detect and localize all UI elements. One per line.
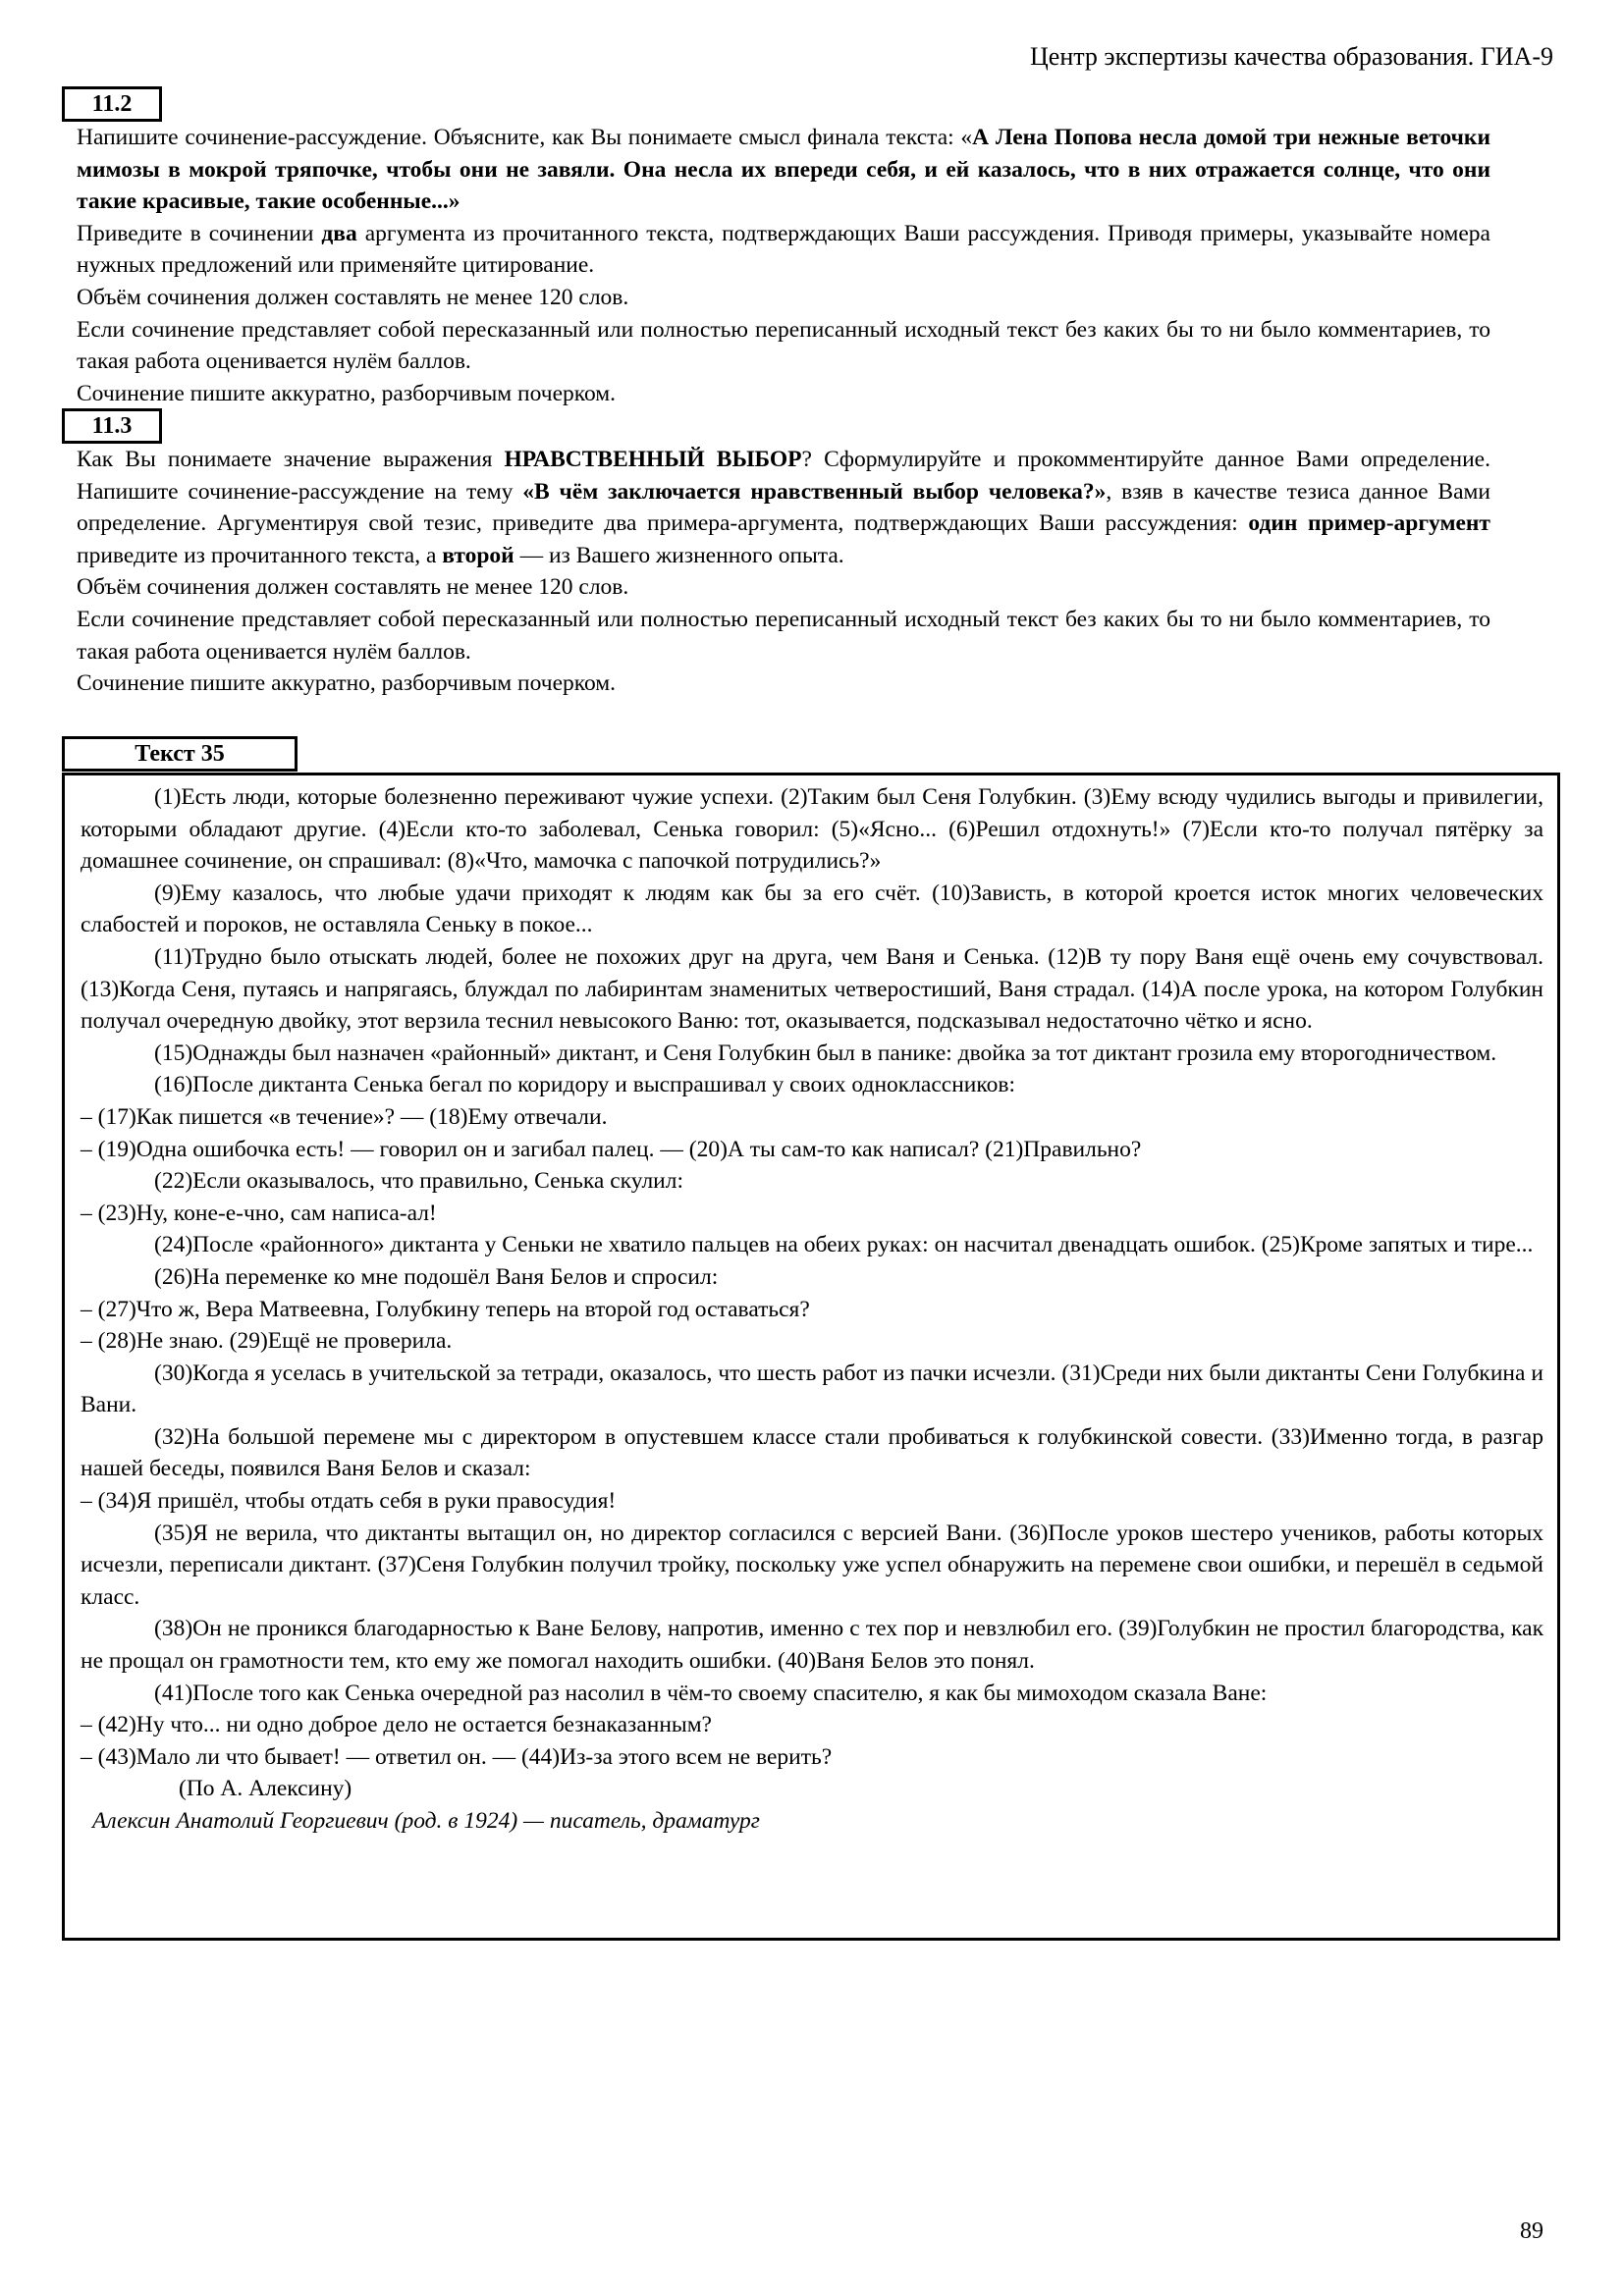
text-paragraph: (24)После «районного» диктанта у Сеньки … — [81, 1229, 1543, 1261]
text-paragraph: (32)На большой перемене мы с директором … — [81, 1421, 1543, 1485]
task-11-3-rule: Если сочинение представляет собой переск… — [77, 604, 1490, 667]
task-11-2-rule: Если сочинение представляет собой переск… — [77, 314, 1490, 378]
text-paragraph: – (42)Ну что... ни одно доброе дело не о… — [81, 1709, 1543, 1741]
task-11-3-prompt: Как Вы понимаете значение выражения НРАВ… — [77, 444, 1490, 571]
task-11-2: Напишите сочинение-рассуждение. Объяснит… — [77, 122, 1490, 409]
text-paragraph: – (28)Не знаю. (29)Ещё не проверила. — [81, 1325, 1543, 1358]
task-11-2-volume: Объём сочинения должен составлять не мен… — [77, 282, 1490, 314]
text-paragraph: – (34)Я пришёл, чтобы отдать себя в руки… — [81, 1485, 1543, 1518]
text-paragraph: – (19)Одна ошибочка есть! — говорил он и… — [81, 1134, 1543, 1166]
task-label-11-3: 11.3 — [62, 408, 162, 444]
text-source: (По А. Алексину) — [81, 1773, 1543, 1805]
text-paragraph: – (23)Ну, коне-е-чно, сам написа-ал! — [81, 1198, 1543, 1230]
task-11-2-prompt: Напишите сочинение-рассуждение. Объяснит… — [77, 122, 1490, 218]
page-header: Центр экспертизы качества образования. Г… — [1030, 41, 1553, 74]
text-paragraph: (35)Я не верила, что диктанты вытащил он… — [81, 1518, 1543, 1614]
text-paragraph: (22)Если оказывалось, что правильно, Сен… — [81, 1165, 1543, 1198]
text-paragraph: (41)После того как Сенька очередной раз … — [81, 1678, 1543, 1710]
text-paragraph: (9)Ему казалось, что любые удачи приходя… — [81, 878, 1543, 941]
page-number: 89 — [1520, 2216, 1543, 2248]
task-11-3-handwriting: Сочинение пишите аккуратно, разборчивым … — [77, 667, 1490, 700]
text-35-box: (1)Есть люди, которые болезненно пережив… — [62, 773, 1560, 1941]
text-paragraph: (11)Трудно было отыскать людей, более не… — [81, 941, 1543, 1038]
text-paragraph: (30)Когда я уселась в учительской за тет… — [81, 1358, 1543, 1421]
task-11-2-arguments: Приведите в сочинении два аргумента из п… — [77, 218, 1490, 282]
text-paragraph: (26)На переменке ко мне подошёл Ваня Бел… — [81, 1261, 1543, 1294]
text-paragraph: (15)Однажды был назначен «районный» дикт… — [81, 1038, 1543, 1070]
author-bio: Алексин Анатолий Георгиевич (род. в 1924… — [81, 1805, 1543, 1838]
text-paragraph: (1)Есть люди, которые болезненно пережив… — [81, 781, 1543, 878]
text-paragraph: – (17)Как пишется «в течение»? — (18)Ему… — [81, 1101, 1543, 1134]
task-11-3-volume: Объём сочинения должен составлять не мен… — [77, 571, 1490, 604]
text-35-label: Текст 35 — [62, 736, 298, 772]
task-11-2-handwriting: Сочинение пишите аккуратно, разборчивым … — [77, 378, 1490, 410]
text-35-body: (1)Есть люди, которые болезненно пережив… — [81, 781, 1543, 1773]
task-label-11-2: 11.2 — [62, 86, 162, 122]
task-11-3: Как Вы понимаете значение выражения НРАВ… — [77, 444, 1490, 700]
text-paragraph: (16)После диктанта Сенька бегал по корид… — [81, 1069, 1543, 1101]
text-paragraph: – (27)Что ж, Вера Матвеевна, Голубкину т… — [81, 1294, 1543, 1326]
text-paragraph: – (43)Мало ли что бывает! — ответил он. … — [81, 1741, 1543, 1774]
text-paragraph: (38)Он не проникся благодарностью к Ване… — [81, 1613, 1543, 1677]
